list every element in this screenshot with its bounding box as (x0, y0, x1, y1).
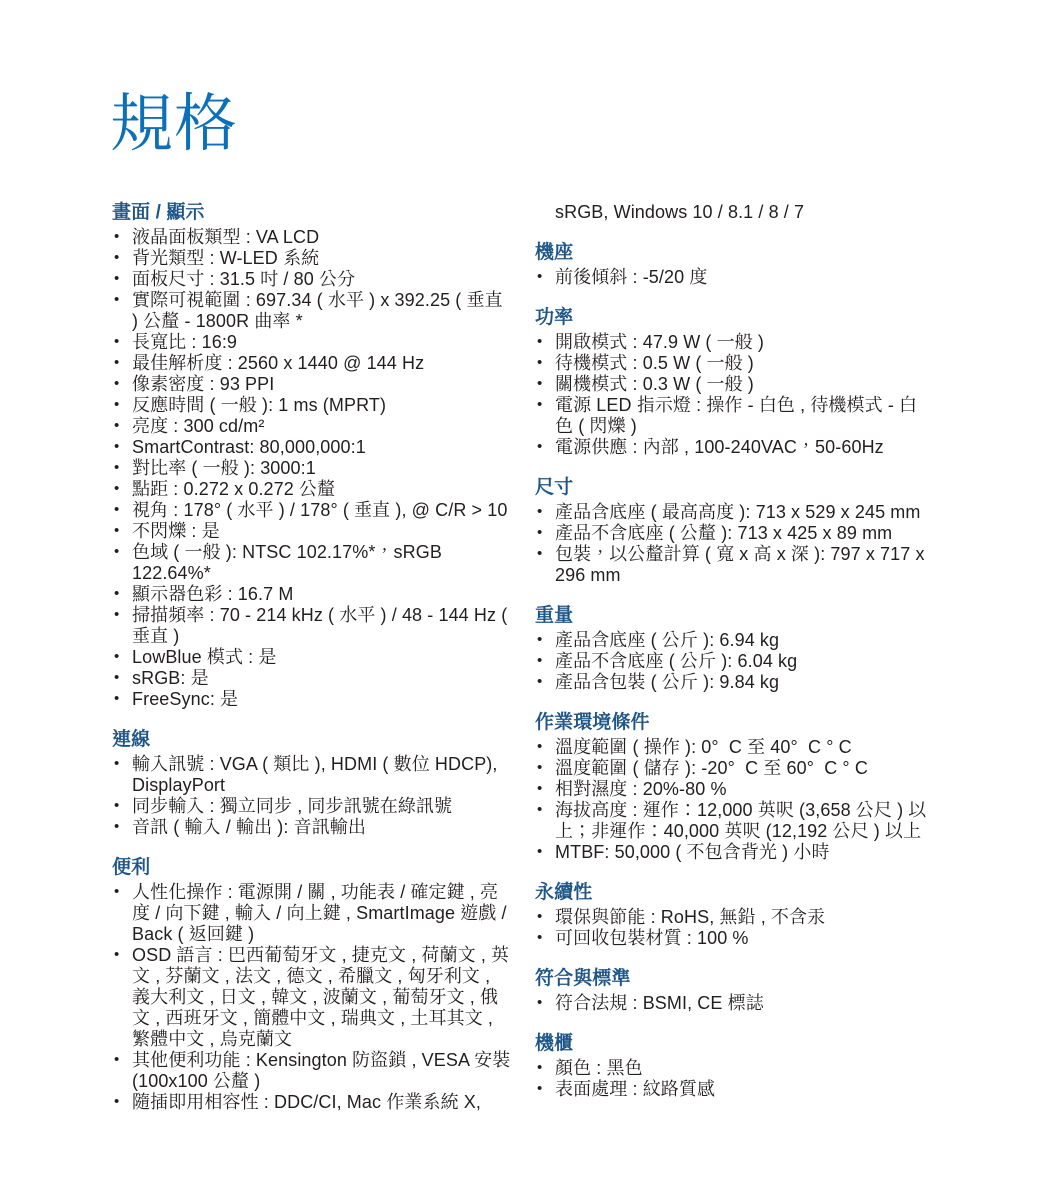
spec-list: 輸入訊號 : VGA ( 類比 ), HDMI ( 數位 HDCP), Disp… (112, 754, 512, 838)
spec-item: 反應時間 ( 一般 ): 1 ms (MPRT) (112, 395, 512, 416)
spec-item: 掃描頻率 : 70 - 214 kHz ( 水平 ) / 48 - 144 Hz… (112, 605, 512, 647)
section-heading: 符合與標準 (535, 968, 935, 990)
spec-item: OSD 語言 : 巴西葡萄牙文 , 捷克文 , 荷蘭文 , 英文 , 芬蘭文 ,… (112, 945, 512, 1050)
spec-item: 實際可視範圍 : 697.34 ( 水平 ) x 392.25 ( 垂直 ) 公… (112, 290, 512, 332)
spec-section: 連線輸入訊號 : VGA ( 類比 ), HDMI ( 數位 HDCP), Di… (112, 729, 512, 838)
spec-item: 顯示器色彩 : 16.7 M (112, 584, 512, 605)
spec-section: 永續性環保與節能 : RoHS, 無鉛 , 不含汞可回收包裝材質 : 100 % (535, 882, 935, 949)
spec-item: 隨插即用相容性 : DDC/CI, Mac 作業系統 X, (112, 1092, 512, 1113)
page-title: 規格 (110, 88, 238, 160)
section-heading: 連線 (112, 729, 512, 751)
spec-list: 開啟模式 : 47.9 W ( 一般 )待機模式 : 0.5 W ( 一般 )關… (535, 332, 935, 458)
spec-item: 不閃爍 : 是 (112, 521, 512, 542)
spec-item: 產品不含底座 ( 公釐 ): 713 x 425 x 89 mm (535, 523, 935, 544)
spec-item: 產品不含底座 ( 公斤 ): 6.04 kg (535, 651, 935, 672)
spec-item: 音訊 ( 輸入 / 輸出 ): 音訊輸出 (112, 817, 512, 838)
spec-item: 產品含底座 ( 最高高度 ): 713 x 529 x 245 mm (535, 502, 935, 523)
spec-item: 符合法規 : BSMI, CE 標誌 (535, 993, 935, 1014)
spec-section: 便利人性化操作 : 電源開 / 關 , 功能表 / 確定鍵 , 亮度 / 向下鍵… (112, 857, 512, 1113)
spec-item: 關機模式 : 0.3 W ( 一般 ) (535, 374, 935, 395)
spec-item: 產品含底座 ( 公斤 ): 6.94 kg (535, 630, 935, 651)
spec-item: 電源供應 : 內部 , 100-240VAC，50-60Hz (535, 437, 935, 458)
spec-item: 其他便利功能 : Kensington 防盜鎖 , VESA 安裝 (100x1… (112, 1050, 512, 1092)
spec-item: 面板尺寸 : 31.5 吋 / 80 公分 (112, 269, 512, 290)
spec-item: 人性化操作 : 電源開 / 關 , 功能表 / 確定鍵 , 亮度 / 向下鍵 ,… (112, 882, 512, 945)
spec-item: 表面處理 : 紋路質感 (535, 1079, 935, 1100)
spec-item: 開啟模式 : 47.9 W ( 一般 ) (535, 332, 935, 353)
spec-item: 可回收包裝材質 : 100 % (535, 928, 935, 949)
spec-item: 同步輸入 : 獨立同步 , 同步訊號在綠訊號 (112, 796, 512, 817)
spec-item: 產品含包裝 ( 公斤 ): 9.84 kg (535, 672, 935, 693)
spec-item: 顏色 : 黑色 (535, 1058, 935, 1079)
spec-item: 亮度 : 300 cd/m² (112, 416, 512, 437)
section-heading: 作業環境條件 (535, 712, 935, 734)
spec-item: 溫度範圍 ( 儲存 ): -20° C 至 60° C ° C (535, 758, 935, 779)
spec-item: LowBlue 模式 : 是 (112, 647, 512, 668)
spec-section: 畫面 / 顯示液晶面板類型 : VA LCD背光類型 : W-LED 系統面板尺… (112, 202, 512, 710)
spec-item: sRGB: 是 (112, 668, 512, 689)
spec-list: 符合法規 : BSMI, CE 標誌 (535, 993, 935, 1014)
spec-item: 待機模式 : 0.5 W ( 一般 ) (535, 353, 935, 374)
right-column: sRGB, Windows 10 / 8.1 / 8 / 7機座前後傾斜 : -… (535, 202, 935, 1100)
spec-item: 點距 : 0.272 x 0.272 公釐 (112, 479, 512, 500)
spec-section: 機櫃顏色 : 黑色表面處理 : 紋路質感 (535, 1033, 935, 1100)
spec-section: 重量產品含底座 ( 公斤 ): 6.94 kg產品不含底座 ( 公斤 ): 6.… (535, 605, 935, 693)
spec-section: 符合與標準符合法規 : BSMI, CE 標誌 (535, 968, 935, 1014)
spec-item: SmartContrast: 80,000,000:1 (112, 437, 512, 458)
spec-item: 最佳解析度 : 2560 x 1440 @ 144 Hz (112, 353, 512, 374)
spec-item: 海拔高度 : 運作：12,000 英呎 (3,658 公尺 ) 以上；非運作：4… (535, 800, 935, 842)
spec-list: 環保與節能 : RoHS, 無鉛 , 不含汞可回收包裝材質 : 100 % (535, 907, 935, 949)
spec-section: 作業環境條件溫度範圍 ( 操作 ): 0° C 至 40° C ° C溫度範圍 … (535, 712, 935, 863)
spec-list: 前後傾斜 : -5/20 度 (535, 267, 935, 288)
spec-item: 長寬比 : 16:9 (112, 332, 512, 353)
spec-list: 產品含底座 ( 公斤 ): 6.94 kg產品不含底座 ( 公斤 ): 6.04… (535, 630, 935, 693)
spec-list: 液晶面板類型 : VA LCD背光類型 : W-LED 系統面板尺寸 : 31.… (112, 227, 512, 710)
spec-item: FreeSync: 是 (112, 689, 512, 710)
section-heading: 機櫃 (535, 1033, 935, 1055)
spec-document-page: 規格 畫面 / 顯示液晶面板類型 : VA LCD背光類型 : W-LED 系統… (0, 0, 1040, 1200)
spec-item: 視角 : 178° ( 水平 ) / 178° ( 垂直 ), @ C/R > … (112, 500, 512, 521)
section-heading: 永續性 (535, 882, 935, 904)
section-heading: 尺寸 (535, 477, 935, 499)
spec-item: 色域 ( 一般 ): NTSC 102.17%*，sRGB 122.64%* (112, 542, 512, 584)
spec-item: 液晶面板類型 : VA LCD (112, 227, 512, 248)
spec-list: 產品含底座 ( 最高高度 ): 713 x 529 x 245 mm產品不含底座… (535, 502, 935, 586)
spec-section: 尺寸產品含底座 ( 最高高度 ): 713 x 529 x 245 mm產品不含… (535, 477, 935, 586)
spec-item: 環保與節能 : RoHS, 無鉛 , 不含汞 (535, 907, 935, 928)
section-heading: 機座 (535, 242, 935, 264)
wrapped-continuation-text: sRGB, Windows 10 / 8.1 / 8 / 7 (535, 202, 935, 223)
spec-item: 電源 LED 指示燈 : 操作 - 白色 , 待機模式 - 白色 ( 閃爍 ) (535, 395, 935, 437)
spec-item: 對比率 ( 一般 ): 3000:1 (112, 458, 512, 479)
spec-item: 背光類型 : W-LED 系統 (112, 248, 512, 269)
spec-item: 輸入訊號 : VGA ( 類比 ), HDMI ( 數位 HDCP), Disp… (112, 754, 512, 796)
left-column: 畫面 / 顯示液晶面板類型 : VA LCD背光類型 : W-LED 系統面板尺… (112, 202, 512, 1113)
section-heading: 功率 (535, 307, 935, 329)
section-heading: 畫面 / 顯示 (112, 202, 512, 224)
section-heading: 便利 (112, 857, 512, 879)
spec-section: 功率開啟模式 : 47.9 W ( 一般 )待機模式 : 0.5 W ( 一般 … (535, 307, 935, 458)
spec-item: 前後傾斜 : -5/20 度 (535, 267, 935, 288)
spec-section: 機座前後傾斜 : -5/20 度 (535, 242, 935, 288)
section-heading: 重量 (535, 605, 935, 627)
spec-item: 像素密度 : 93 PPI (112, 374, 512, 395)
spec-list: 溫度範圍 ( 操作 ): 0° C 至 40° C ° C溫度範圍 ( 儲存 )… (535, 737, 935, 863)
spec-list: 人性化操作 : 電源開 / 關 , 功能表 / 確定鍵 , 亮度 / 向下鍵 ,… (112, 882, 512, 1113)
spec-list: 顏色 : 黑色表面處理 : 紋路質感 (535, 1058, 935, 1100)
spec-item: 相對濕度 : 20%-80 % (535, 779, 935, 800)
spec-item: 包裝，以公釐計算 ( 寬 x 高 x 深 ): 797 x 717 x 296 … (535, 544, 935, 586)
spec-item: 溫度範圍 ( 操作 ): 0° C 至 40° C ° C (535, 737, 935, 758)
spec-item: MTBF: 50,000 ( 不包含背光 ) 小時 (535, 842, 935, 863)
